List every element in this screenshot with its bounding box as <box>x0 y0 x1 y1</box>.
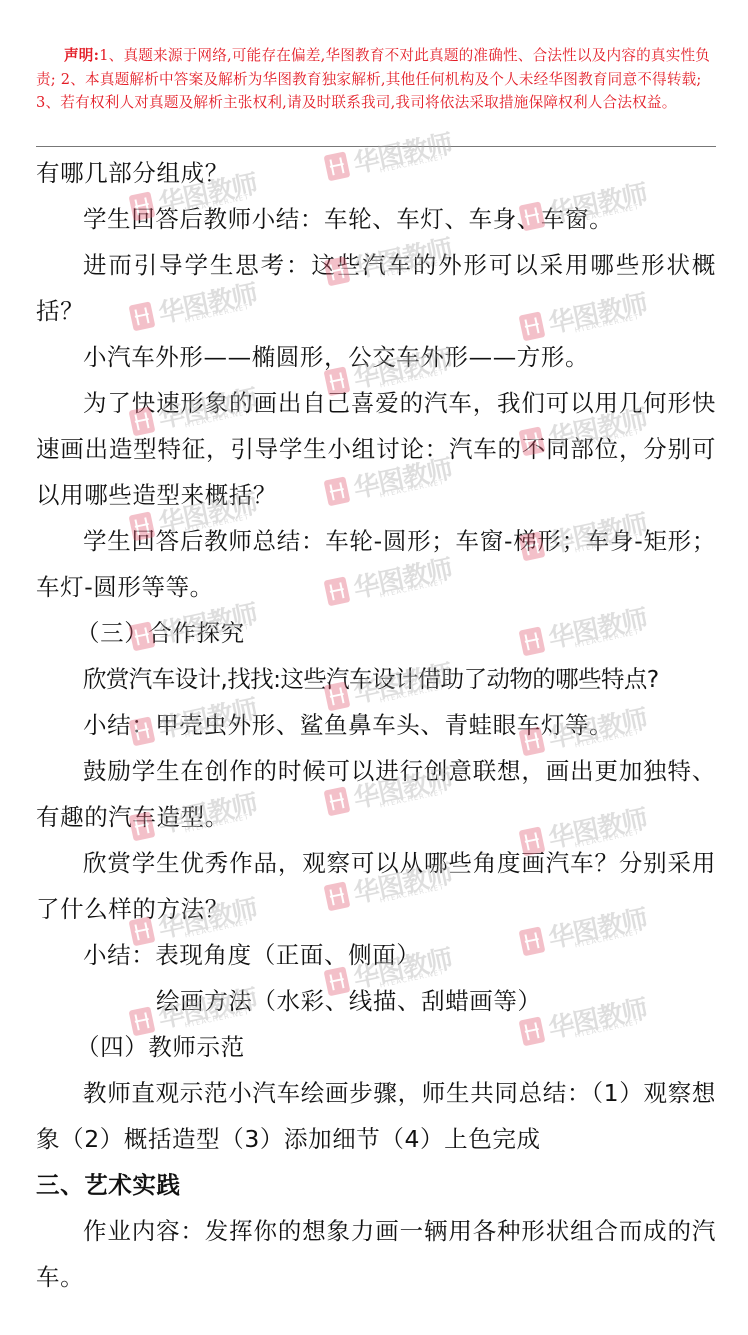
paragraph: 小结：表现角度（正面、侧面） <box>36 932 716 978</box>
section-subheading: （四）教师示范 <box>36 1024 716 1070</box>
paragraph: 小汽车外形——椭圆形，公交车外形——方形。 <box>36 334 716 380</box>
header-divider <box>36 146 716 147</box>
document-body: 有哪几部分组成？ 学生回答后教师小结：车轮、车灯、车身、车窗。 进而引导学生思考… <box>36 150 716 1300</box>
disclaimer-text: 1、真题来源于网络,可能存在偏差,华图教育不对此真题的准确性、合法性以及内容的真… <box>36 47 710 111</box>
paragraph: 学生回答后教师小结：车轮、车灯、车身、车窗。 <box>36 196 716 242</box>
paragraph: 有哪几部分组成？ <box>36 150 716 196</box>
paragraph: 欣赏学生优秀作品，观察可以从哪些角度画汽车？分别采用了什么样的方法？ <box>36 840 716 932</box>
paragraph: 欣赏汽车设计,找找:这些汽车设计借助了动物的哪些特点? <box>36 656 716 702</box>
paragraph: 学生回答后教师总结：车轮-圆形；车窗-梯形；车身-矩形；车灯-圆形等等。 <box>36 518 716 610</box>
paragraph: 绘画方法（水彩、线描、刮蜡画等） <box>36 978 716 1024</box>
paragraph: 为了快速形象的画出自己喜爱的汽车，我们可以用几何形快速画出造型特征，引导学生小组… <box>36 380 716 518</box>
paragraph: 鼓励学生在创作的时候可以进行创意联想，画出更加独特、有趣的汽车造型。 <box>36 748 716 840</box>
paragraph: 作业内容：发挥你的想象力画一辆用各种形状组合而成的汽车。 <box>36 1208 716 1300</box>
disclaimer: 声明:1、真题来源于网络,可能存在偏差,华图教育不对此真题的准确性、合法性以及内… <box>36 44 716 115</box>
section-subheading: （三）合作探究 <box>36 610 716 656</box>
paragraph: 教师直观示范小汽车绘画步骤，师生共同总结：（1）观察想象（2）概括造型（3）添加… <box>36 1070 716 1162</box>
paragraph: 小结：甲壳虫外形、鲨鱼鼻车头、青蛙眼车灯等。 <box>36 702 716 748</box>
paragraph: 进而引导学生思考：这些汽车的外形可以采用哪些形状概括？ <box>36 242 716 334</box>
section-heading: 三、艺术实践 <box>36 1162 716 1208</box>
disclaimer-lead: 声明: <box>64 47 99 64</box>
